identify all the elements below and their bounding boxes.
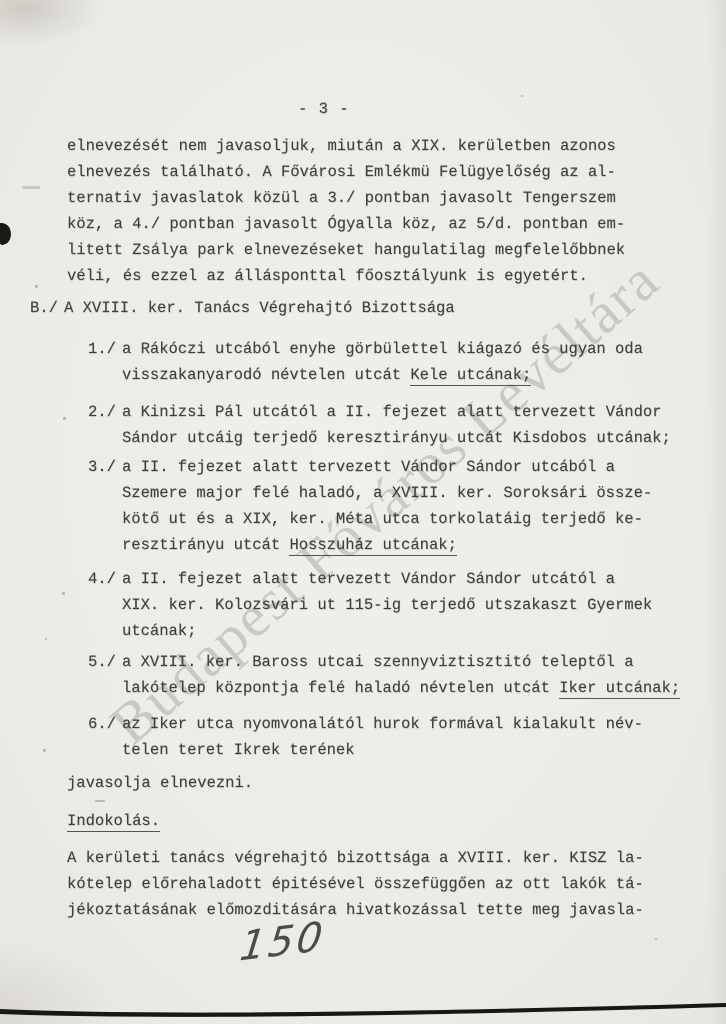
underlined-street-name: Hosszuház utcának; xyxy=(289,536,456,556)
document-line: véli, és ezzel az állásponttal főosztály… xyxy=(67,263,625,289)
page-number: - 3 - xyxy=(298,96,350,122)
list-item: 6./ az Iker utca nyomvonalától hurok for… xyxy=(88,711,643,763)
paper-speck xyxy=(22,186,40,189)
section-title: A XVIII. ker. Tanács Végrehajtó Bizottsá… xyxy=(30,295,455,321)
list-item: 4./ a II. fejezet alatt tervezett Vándor… xyxy=(88,566,652,644)
list-item: 5./ a XVIII. ker. Baross utcai szennyviz… xyxy=(88,649,680,701)
paper-speck xyxy=(45,638,47,640)
scan-ink-blot xyxy=(0,220,14,245)
document-line: XIX. ker. Kolozsvári ut 115-ig terjedő u… xyxy=(122,592,652,618)
list-item-marker: 3./ xyxy=(88,454,116,480)
document-line: lakótelep központja felé haladó névtelen… xyxy=(122,675,680,701)
document-line: a II. fejezet alatt tervezett Vándor Sán… xyxy=(122,566,652,592)
paper-speck xyxy=(95,800,105,802)
intro-paragraph: elnevezését nem javasoljuk, miután a XIX… xyxy=(67,133,625,289)
document-line: utcának; xyxy=(122,618,652,644)
list-item-marker: 2./ xyxy=(88,399,116,425)
paper-speck xyxy=(655,938,657,940)
document-line: jékoztatásának előmozditására hivatkozás… xyxy=(67,897,644,923)
paper-speck xyxy=(35,285,38,288)
document-line: elnevezés található. A Fővárosi Emlékmü … xyxy=(67,159,625,185)
document-line: elnevezését nem javasoljuk, miután a XIX… xyxy=(67,133,625,159)
list-item-marker: 1./ xyxy=(88,336,116,362)
paper-speck xyxy=(43,749,46,752)
justification-paragraph: A kerületi tanács végrehajtó bizottsága … xyxy=(67,845,644,923)
section-marker: B./ xyxy=(30,295,58,321)
list-item-marker: 6./ xyxy=(88,711,116,737)
closing-line: javasolja elnevezni. xyxy=(67,770,253,796)
document-line: a XVIII. ker. Baross utcai szennyviztisz… xyxy=(122,649,680,675)
document-line: ternativ javaslatok közül a 3./ pontban … xyxy=(67,185,625,211)
document-line: A kerületi tanács végrehajtó bizottsága … xyxy=(67,845,644,871)
paper-speck xyxy=(62,592,65,595)
document-line: telen teret Ikrek terének xyxy=(122,737,643,763)
list-item-marker: 4./ xyxy=(88,566,116,592)
page-bottom-edge xyxy=(0,998,726,1024)
document-line: Sándor utcáig terjedő keresztirányu utcá… xyxy=(122,425,671,451)
list-item: 3./ a II. fejezet alatt tervezett Vándor… xyxy=(88,454,652,558)
handwritten-page-number: 150 xyxy=(238,916,328,967)
paper-speck xyxy=(63,417,66,420)
document-line: litett Zsálya park elnevezéseket hangula… xyxy=(67,237,625,263)
section-b-heading: B./ A XVIII. ker. Tanács Végrehajtó Bizo… xyxy=(30,295,455,321)
document-line: köz, a 4./ pontban javasolt Ógyalla köz,… xyxy=(67,211,625,237)
scanned-document-page: Budapest Főváros Levéltára - 3 - elnevez… xyxy=(0,0,726,1024)
document-line: a II. fejezet alatt tervezett Vándor Sán… xyxy=(122,454,652,480)
paper-speck xyxy=(521,95,523,97)
document-line: a Kinizsi Pál utcától a II. fejezet alat… xyxy=(122,399,671,425)
list-item: 2./ a Kinizsi Pál utcától a II. fejezet … xyxy=(88,399,671,451)
document-line: az Iker utca nyomvonalától hurok formáva… xyxy=(122,711,643,737)
underlined-street-name: Iker utcának; xyxy=(559,679,680,699)
document-line: kötő ut és a XIX, ker. Méta utca torkola… xyxy=(122,506,652,532)
document-line: Szemere major felé haladó, a XVIII. ker.… xyxy=(122,480,652,506)
underlined-street-name: Kele utcának; xyxy=(410,366,531,386)
list-item: 1./ a Rákóczi utcából enyhe görbülettel … xyxy=(88,336,643,388)
document-line: a Rákóczi utcából enyhe görbülettel kiág… xyxy=(122,336,643,362)
document-line: visszakanyarodó névtelen utcát Kele utcá… xyxy=(122,362,643,388)
list-item-marker: 5./ xyxy=(88,649,116,675)
document-line: resztirányu utcát Hosszuház utcának; xyxy=(122,532,652,558)
justification-heading: Indokolás. xyxy=(67,808,160,834)
document-line: kótelep előrehaladott épitésével összefü… xyxy=(67,871,644,897)
